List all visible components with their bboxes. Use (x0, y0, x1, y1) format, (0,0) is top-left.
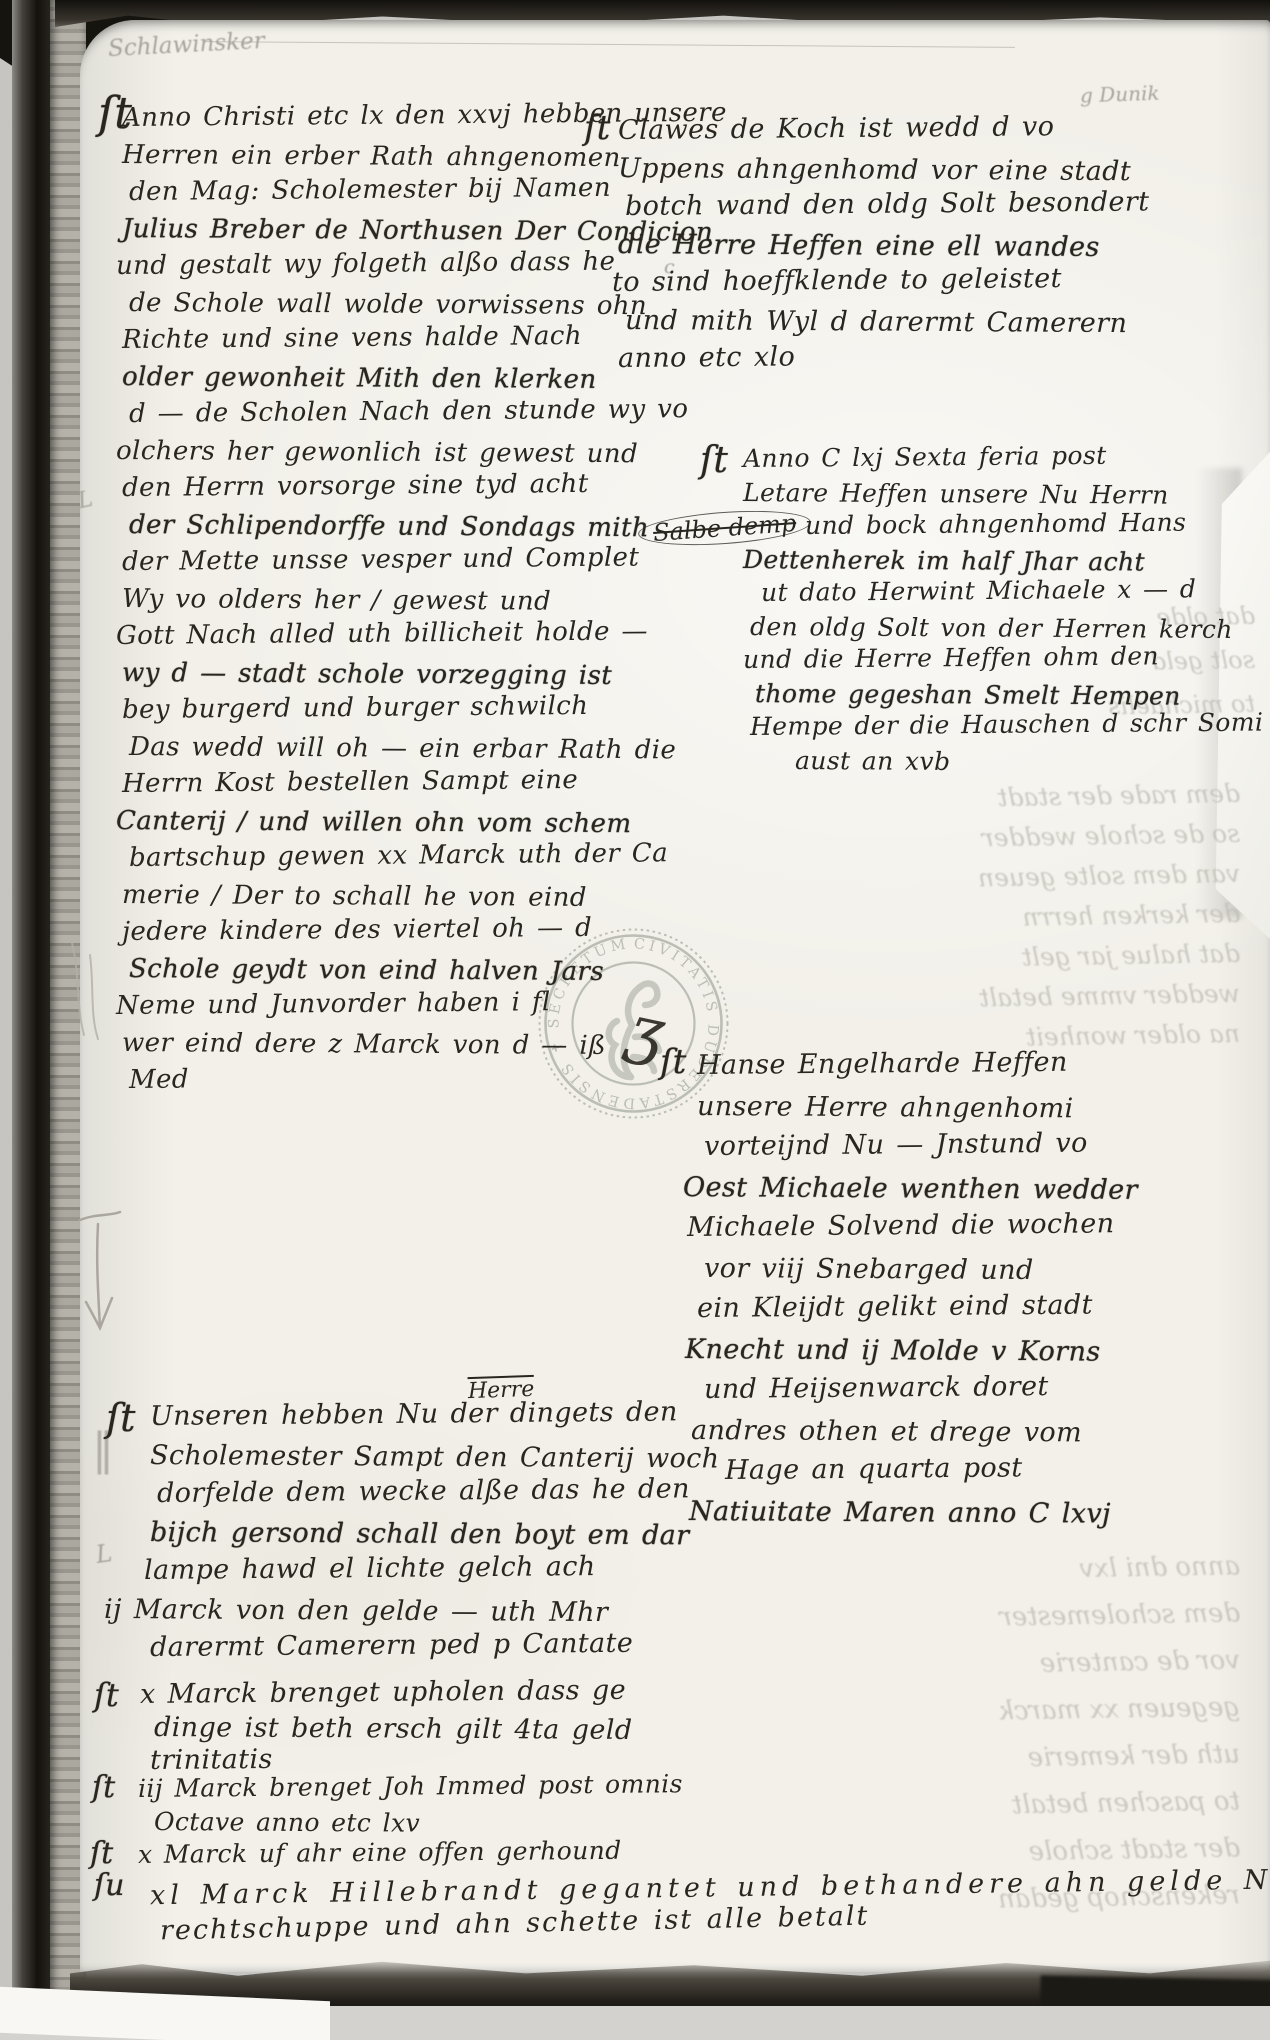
manuscript-line: ut dato Herwint Michaele x — d (761, 572, 1264, 610)
manuscript-line: Natiuitate Maren anno C lxvj (689, 1492, 1138, 1535)
manuscript-line: d — de Scholen Nach den stunde wy vo (129, 391, 727, 433)
manuscript-line: Gott Nach alled uth billicheit holde — (116, 613, 727, 655)
item-marker: ſt (94, 1676, 119, 1714)
manuscript-line: Unseren hebben Nu der dingets den (150, 1393, 720, 1436)
manuscript-line: den Herrn vorsorge sine tyd acht (122, 465, 727, 507)
paragraph-left-4: iij Marck brenget Joh Immed post omnis O… (138, 1772, 683, 1838)
pencil-down-arrow (66, 1210, 136, 1360)
manuscript-line: und Heijsenwarck doret (704, 1366, 1138, 1410)
manuscript-line: Michaele Solvend die wochen (687, 1204, 1138, 1248)
pencil-margin-stroke (60, 935, 110, 1045)
manuscript-line: vorteijnd Nu — Jnstund vo (704, 1123, 1138, 1167)
manuscript-line: darermt Camerern ped p Cantate (150, 1624, 720, 1667)
manuscript-line: to sind hoeffklende to geleistet (612, 259, 1150, 302)
manuscript-line: und bock ahngenhomd Hans (805, 505, 1264, 542)
paragraph-right-2: Anno C lxj Sexta feria post Letare Heffe… (743, 442, 1263, 777)
manuscript-line: Herrn Kost bestellen Sampt eine (122, 761, 727, 803)
manuscript-line: Hanse Engelharde Heffen (697, 1042, 1138, 1086)
manuscript-line: Hempe der die Hauschen d schr Somi (750, 706, 1264, 744)
manuscript-line: und die Herre Heffen ohm den (743, 638, 1264, 676)
item-marker: ſt (106, 1396, 135, 1440)
item-marker: ſu (94, 1868, 124, 1903)
paragraph-right-3: Hanse Engelharde Heffen unsere Herre ahn… (697, 1046, 1138, 1532)
faint-top-scribble: g Dunik (1080, 81, 1160, 108)
manuscript-line: x Marck uf ahr eine offen gerhound (138, 1834, 622, 1871)
manuscript-line: jedere kindere des viertel oh — d (122, 909, 727, 951)
paragraph-right-1: Clawes de Koch ist wedd d vo Uppens ahng… (618, 112, 1149, 378)
manuscript-line: bey burgerd und burger schwilch (122, 687, 727, 729)
manuscript-line: x Marck brenget upholen dass ge (140, 1674, 633, 1711)
manuscript-line: Clawes de Koch ist wedd d vo (618, 107, 1150, 150)
manuscript-line: der Mette unsse vesper und Complet (122, 539, 727, 581)
manuscript-line: Neme und Junvorder haben i fl (116, 983, 727, 1025)
item-marker: ſt (92, 1770, 115, 1805)
manuscript-line: lampe hawd el lichte gelch ach (144, 1547, 720, 1591)
paragraph-left-3: x Marck brenget upholen dass ge dinge is… (140, 1678, 632, 1777)
item-marker: ſt (90, 1836, 113, 1871)
book-spine-edge (12, 0, 54, 2040)
manuscript-line: aust an xvb (795, 744, 1264, 780)
manuscript-line: Hage an quarta post (725, 1447, 1138, 1491)
manuscript-line: anno etc xlo (618, 335, 1150, 378)
manuscript-line: bartschup gewen xx Marck uth der Ca (129, 835, 727, 877)
bleedthrough-block-a: dem rade der stadt so de schole wedder v… (770, 778, 1240, 1058)
paragraph-left-2: Unseren hebben Nu der dingets den Schole… (150, 1398, 720, 1668)
manuscript-line: Med (129, 1057, 727, 1099)
manuscript-line: ein Kleijdt gelikt eind stadt (697, 1285, 1138, 1329)
manuscript-line: iij Marck brenget Joh Immed post omnis (138, 1767, 683, 1805)
manuscript-line: botch wand den oldg Solt besondert (625, 183, 1150, 226)
paragraph-left-5: x Marck uf ahr eine offen gerhound (138, 1838, 622, 1871)
manuscript-line: dorfelde dem wecke alße das he den (157, 1470, 720, 1513)
manuscript-line: Anno C lxj Sexta feria post (743, 437, 1264, 475)
